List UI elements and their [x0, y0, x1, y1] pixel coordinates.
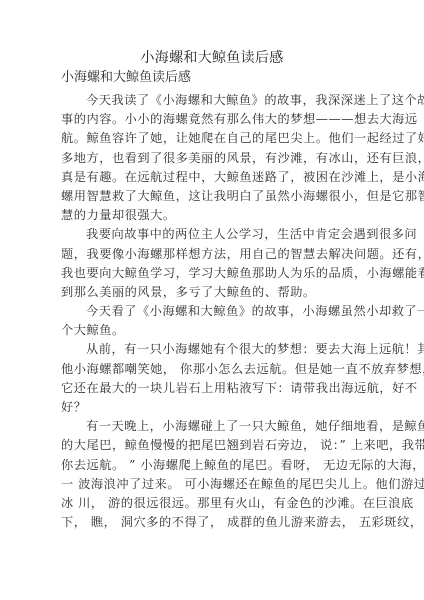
body-line: 题，我要像小海螺那样想方法，用自己的智慧去解决问题。还有， — [61, 245, 357, 264]
body-line: 下， 瞧， 洞穴多的不得了， 成群的鱼儿游来游去， 五彩斑纹， — [61, 513, 357, 532]
body-line: 你去远航。 ” 小海螺爬上鲸鱼的尾巴。看呀， 无边无际的大海， — [61, 456, 357, 475]
body-line: 航。鲸鱼容许了她，让她爬在自己的尾巴尖上。他们一起经过了好 — [61, 129, 357, 148]
body-line: 慧的力量却很强大。 — [61, 206, 357, 225]
body-line: 一 波海浪冲了过来。 可小海螺还在鲸鱼的尾巴尖儿上。他们游过 — [61, 475, 357, 494]
document-title: 小海螺和大鲸鱼读后感 — [0, 48, 424, 68]
document-body: 今天我读了《小海螺和大鲸鱼》的故事，我深深迷上了这个故 事的内容。小小的海螺竟然… — [61, 91, 357, 532]
document-subtitle: 小海螺和大鲸鱼读后感 — [61, 68, 191, 87]
body-line: 今天看了《小海螺和大鲸鱼》的故事，小海螺虽然小却救了一 — [61, 302, 357, 321]
body-line: 我要向故事中的两位主人公学习，生活中肯定会遇到很多问 — [61, 225, 357, 244]
body-line: 真是有趣。在远航过程中，大鲸鱼迷路了，被困在沙滩上，是小海 — [61, 168, 357, 187]
body-line: 多地方，也看到了很多美丽的风景，有沙滩，有冰山，还有巨浪， — [61, 149, 357, 168]
body-line: 好？ — [61, 398, 357, 417]
body-line: 从前，有一只小海螺她有个很大的梦想：要去大海上远航！其 — [61, 340, 357, 359]
body-line: 的大尾巴，鲸鱼慢慢的把尾巴翘到岩石旁边， 说：” 上来吧，我带 — [61, 436, 357, 455]
body-line: 螺用智慧救了大鲸鱼，这让我明白了虽然小海螺很小，但是它那智 — [61, 187, 357, 206]
document-page: 小海螺和大鲸鱼读后感 小海螺和大鲸鱼读后感 今天我读了《小海螺和大鲸鱼》的故事，… — [0, 0, 424, 600]
body-line: 冰 川， 游的很远很远。那里有火山，有金色的沙滩。在巨浪底 — [61, 494, 357, 513]
body-line: 今天我读了《小海螺和大鲸鱼》的故事，我深深迷上了这个故 — [61, 91, 357, 110]
body-line: 它还在最大的一块儿岩石上用粘液写下：请带我出海远航，好不 — [61, 379, 357, 398]
body-line: 个大鲸鱼。 — [61, 321, 357, 340]
body-line: 事的内容。小小的海螺竟然有那么伟大的梦想———想去大海远 — [61, 110, 357, 129]
body-line: 有一天晚上，小海螺碰上了一只大鲸鱼，她仔细地看，是鲸鱼 — [61, 417, 357, 436]
body-line: 到那么美丽的风景，多亏了大鲸鱼的、帮助。 — [61, 283, 357, 302]
body-line: 我也要向大鲸鱼学习，学习大鲸鱼那助人为乐的品质，小海螺能看 — [61, 264, 357, 283]
body-line: 他小海螺都嘲笑她， 你那小怎么去远航。但是她一直不放弃梦想， — [61, 360, 357, 379]
